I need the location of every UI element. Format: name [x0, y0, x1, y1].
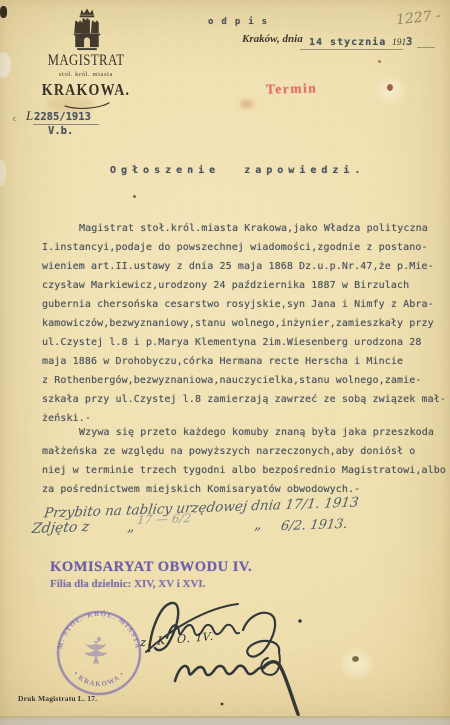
printer-imprint: Druk Magistratu L. 17. — [18, 694, 97, 703]
handwritten-removed-note: Zdjęto z — [31, 519, 90, 537]
signature-office-note: z. K. O. IV. — [140, 630, 216, 650]
scan-edge — [0, 716, 450, 725]
swash-underline — [63, 101, 111, 111]
document-page: MAGISTRAT stoł. król. miasta KRAKOWA. od… — [0, 0, 450, 725]
eagle-emblem-icon — [84, 637, 108, 664]
ditto-mark: „ — [254, 517, 261, 533]
paper-stain — [240, 100, 254, 108]
reference-check-mark: c — [13, 114, 17, 123]
body-line: Magistrat stoł.król.miasta Krakowa,jako … — [42, 223, 446, 242]
reference-number: 2285/1913 — [34, 111, 91, 123]
document-title: Ogłoszenie zapowiedzi. — [110, 165, 365, 176]
body-line: szkała przy ul.Czystej l.8 zamierzają za… — [42, 394, 446, 413]
district-stamp-line1: KOMISARYAT OBWODU IV. — [50, 559, 252, 576]
place-date-label: Kraków, dnia — [242, 33, 303, 45]
paper-speck — [378, 60, 381, 63]
pencil-note: 17 — 6/2 — [136, 511, 192, 527]
paper-stain — [340, 648, 374, 680]
body-line: Wzywa się przeto każdego komuby znaną by… — [42, 427, 446, 446]
printed-rule — [417, 47, 435, 48]
district-stamp-line2: Filia dla dzielnic: XIV, XV i XVI. — [50, 578, 205, 590]
svg-text:M. STOŁ. KRÓL. MIASTA: M. STOŁ. KRÓL. MIASTA — [56, 610, 142, 650]
scan-edge-mark — [0, 6, 7, 18]
svg-text:• KRAKOWA •: • KRAKOWA • — [72, 670, 127, 688]
typed-year-digit: 3 — [406, 36, 412, 48]
body-line: wieniem art.II.ustawy z dnia 25 maja 186… — [42, 261, 446, 280]
body-line: z Rothenbergów,bezwyznaniowa,nauczycielk… — [42, 375, 446, 394]
copy-label: odpis — [208, 17, 275, 27]
paper-stain — [0, 52, 11, 78]
body-line: kamowiczów,bezwyznaniowy,stanu wolnego,i… — [42, 318, 446, 337]
round-stamp-arc-top: M. STOŁ. KRÓL. MIASTA — [56, 610, 142, 650]
body-line: niej w terminie trzech tygodni albo bezp… — [42, 465, 446, 484]
body-line: czysław Markiewicz,urodzony 24 październ… — [42, 280, 446, 299]
body-line: małżeńska ze względu na powyższych narze… — [42, 446, 446, 465]
printed-year-prefix: 191 — [392, 38, 406, 48]
body-paragraph-2: Wzywa się przeto każdego komuby znaną by… — [42, 427, 446, 503]
paper-stain — [376, 76, 406, 104]
letterhead-org-subtitle: stoł. król. miasta — [31, 71, 141, 78]
body-paragraph-1: Magistrat stoł.król.miasta Krakowa,jako … — [42, 223, 446, 432]
body-line: ul.Czystej l.8 i p.Marya Klementyna 2im.… — [42, 337, 446, 356]
reference-prefix: L — [26, 108, 33, 124]
letterhead-city: KRAKOWA. — [41, 80, 131, 100]
ditto-mark: „ — [127, 519, 134, 535]
reference-division: V.b. — [48, 125, 73, 137]
round-official-stamp: M. STOŁ. KRÓL. MIASTA • KRAKOWA • — [53, 607, 145, 699]
paper-stain — [0, 160, 6, 186]
body-line: gubernia chersońska cesarstwo rosyjskie,… — [42, 299, 446, 318]
handwritten-removed-date: 6/2. 1913. — [280, 517, 348, 534]
body-line: I.instancyi,podaje do powszechnej wiadom… — [42, 242, 446, 261]
printed-rule — [300, 49, 403, 50]
termin-stamp: Termin — [266, 80, 318, 97]
folio-number-pencil: 1227 - — [395, 8, 441, 29]
letterhead-org-name: MAGISTRAT — [42, 52, 130, 70]
round-stamp-arc-bottom: • KRAKOWA • — [72, 670, 127, 688]
paper-speck — [133, 195, 136, 198]
paper-stain — [352, 656, 359, 662]
paper-stain — [387, 84, 393, 91]
body-line: maja 1886 w Drohobyczu,córka Hermana rec… — [42, 356, 446, 375]
typed-date: 14 stycznia — [309, 37, 386, 48]
krakow-coat-of-arms-icon — [71, 8, 103, 53]
